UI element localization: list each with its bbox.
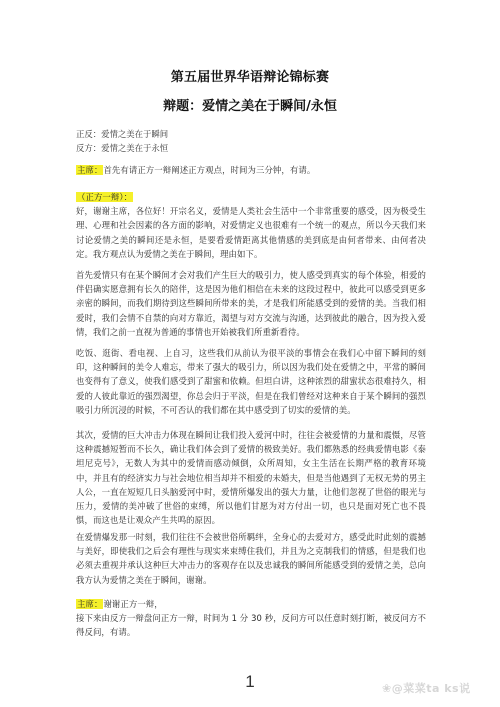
argument-paragraph-1: 首先爱情只有在某个瞬间才会对我们产生巨大的吸引力，使人感受到真实的每个体验，相爱… xyxy=(76,268,426,339)
speaker-highlight-chair: 主席： xyxy=(76,165,103,175)
chair-thanks-text: 谢谢正方一辩， xyxy=(103,599,162,609)
document-title: 第五届世界华语辩论锦标赛 xyxy=(0,66,500,85)
debate-topic: 辩题：爱情之美在于瞬间/永恒 xyxy=(0,95,500,114)
affirmative-first-opening: （正方一辩）： 好，谢谢主席，各位好！开宗名义，爱情是人类社会生活中一个非常重要… xyxy=(76,190,426,261)
side-value: 爱情之美在于永恒 xyxy=(101,143,168,153)
chair-intro-paragraph: 主席：首先有请正方一辩阐述正方观点，时间为三分钟，有请。 xyxy=(76,163,426,177)
opening-text: 好，谢谢主席，各位好！开宗名义，爱情是人类社会生活中一个非常重要的感受，因为极受… xyxy=(76,204,426,261)
argument-paragraph-2: 吃饭、逛街、看电视、上自习，这些我们从前认为很平淡的事情会在我们心中留下瞬间的刻… xyxy=(76,346,426,417)
side-value: 爱情之美在于瞬间 xyxy=(101,129,168,139)
speaker-highlight-chair: 主席： xyxy=(76,599,103,609)
sides-list: 正反：爱情之美在于瞬间 反方：爱情之美在于永恒 xyxy=(76,127,168,155)
chair-transition-paragraph: 主席：谢谢正方一辩， 接下来由反方一辩盘问正方一辩，时间为 1 分 30 秒，反… xyxy=(76,597,426,640)
speaker-highlight-affirmative: （正方一辩）： xyxy=(76,192,133,202)
side-affirmative: 正反：爱情之美在于瞬间 xyxy=(76,127,168,141)
chair-next-text: 接下来由反方一辩盘问正方一辩，时间为 1 分 30 秒，反问方可以任意时刻打断，… xyxy=(76,611,426,639)
document-page: 第五届世界华语辩论锦标赛 辩题：爱情之美在于瞬间/永恒 正反：爱情之美在于瞬间 … xyxy=(0,0,500,707)
side-negative: 反方：爱情之美在于永恒 xyxy=(76,141,168,155)
side-label: 正反： xyxy=(76,129,101,139)
argument-paragraph-4: 在爱情爆发那一时刻，我们往往不会被世俗所羁绊，全身心的去爱对方，感受此时此刻的震… xyxy=(76,530,426,587)
side-label: 反方： xyxy=(76,143,101,153)
watermark: ❀@菜菜ta ks说 xyxy=(382,680,471,696)
argument-paragraph-3: 其次，爱情的巨大冲击力体现在瞬间让我们投入爱河中时，往往会被爱情的力量和震慑，尽… xyxy=(76,428,426,527)
chair-intro-text: 首先有请正方一辩阐述正方观点，时间为三分钟，有请。 xyxy=(103,165,315,175)
